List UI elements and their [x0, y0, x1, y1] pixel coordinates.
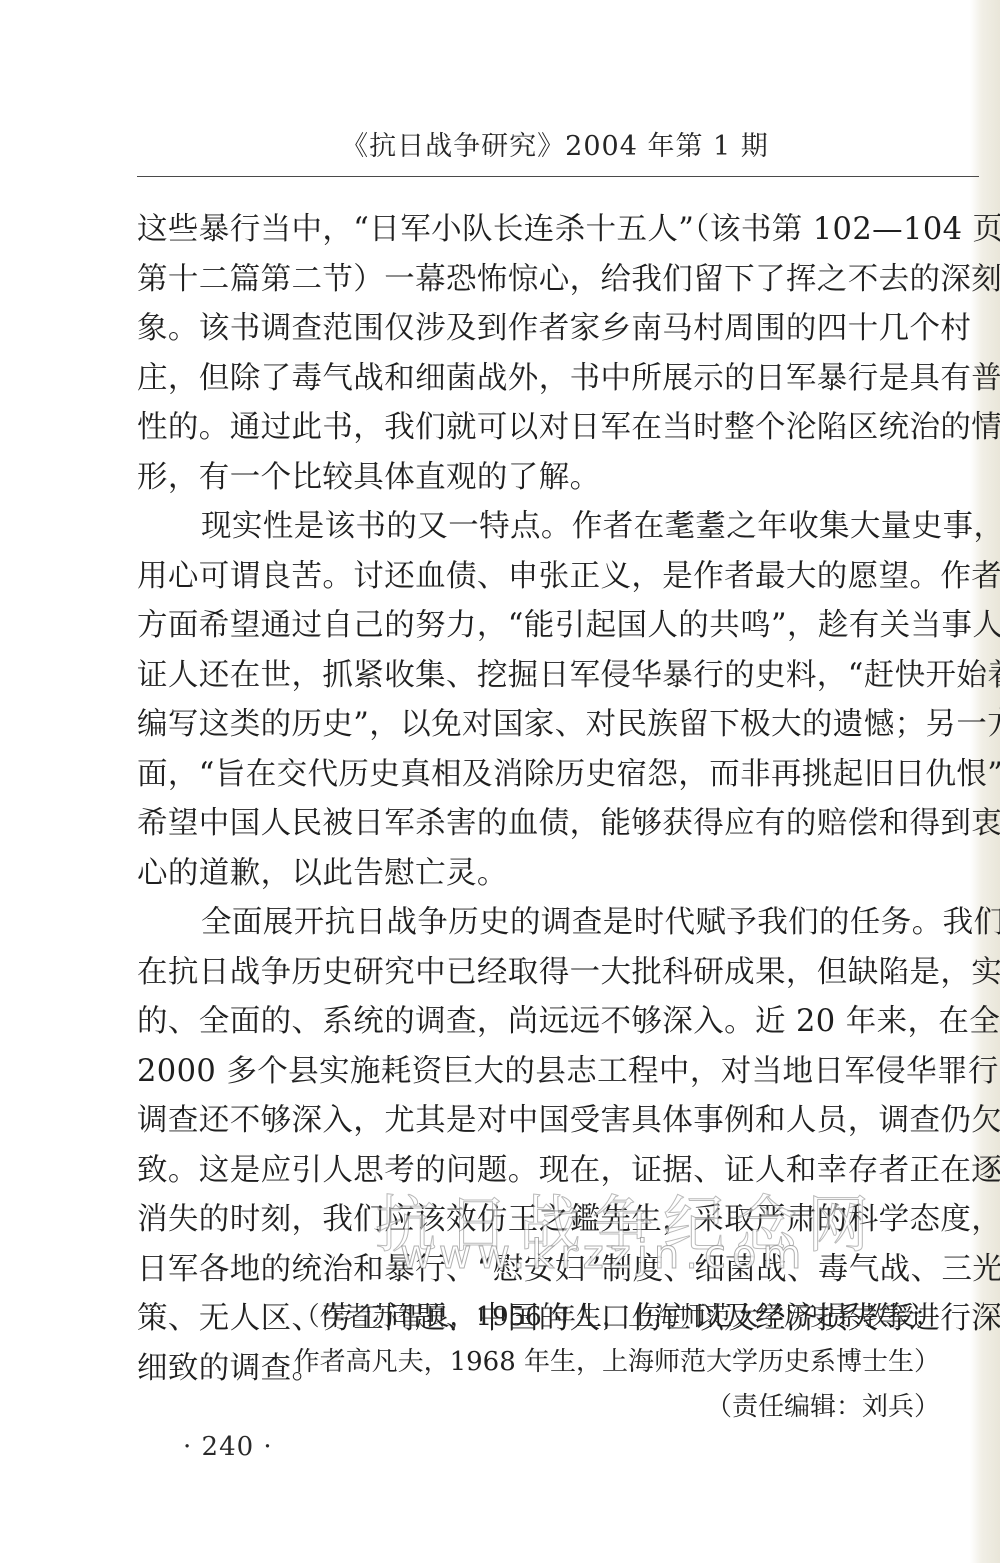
text-line: 这些暴行当中，“日军小队长连杀十五人”（该书第 102—104 页的 — [137, 205, 987, 255]
text-line: 的、全面的、系统的调查，尚远远不够深入。近 20 年来，在全国 — [137, 997, 987, 1047]
text-line: 调查还不够深入，尤其是对中国受害具体事例和人员，调查仍欠细 — [137, 1096, 987, 1146]
author-line-1: （作者苏智良，1956 年生，上海师范大学历史系教授； — [294, 1295, 940, 1340]
author-attribution: （作者苏智良，1956 年生，上海师范大学历史系教授； 作者高凡夫，1968 年… — [294, 1295, 940, 1430]
header-rule — [137, 176, 979, 177]
text-line: 编写这类的历史”，以免对国家、对民族留下极大的遗憾；另一方 — [137, 700, 987, 750]
article-body: 这些暴行当中，“日军小队长连杀十五人”（该书第 102—104 页的 第十二篇第… — [137, 205, 987, 1393]
text-line: 方面希望通过自己的努力，“能引起国人的共鸣”，趁有关当事人和 — [137, 601, 987, 651]
text-line: 致。这是应引人思考的问题。现在，证据、证人和幸存者正在逐渐 — [137, 1146, 987, 1196]
text-line: 第十二篇第二节）一幕恐怖惊心，给我们留下了挥之不去的深刻印 — [137, 255, 987, 305]
paragraph-2: 现实性是该书的又一特点。作者在耄耋之年收集大量史事， 用心可谓良苦。讨还血债、申… — [137, 502, 987, 898]
text-line: 日军各地的统治和暴行、“慰安妇”制度、细菌战、毒气战、三光政 — [137, 1245, 987, 1295]
text-line: 象。该书调查范围仅涉及到作者家乡南马村周围的四十几个村 — [137, 304, 987, 354]
text-line: 形，有一个比较具体直观的了解。 — [137, 453, 987, 503]
text-line: 证人还在世，抓紧收集、挖掘日军侵华暴行的史料，“赶快开始着手 — [137, 651, 987, 701]
text-line: 庄，但除了毒气战和细菌战外，书中所展示的日军暴行是具有普遍 — [137, 354, 987, 404]
text-line: 心的道歉，以此告慰亡灵。 — [137, 849, 987, 899]
text-line: 性的。通过此书，我们就可以对日军在当时整个沦陷区统治的情 — [137, 403, 987, 453]
text-line: 消失的时刻，我们应该效仿王之鑑先生，采取严肃的科学态度，对 — [137, 1195, 987, 1245]
text-line: 在抗日战争历史研究中已经取得一大批科研成果，但缺陷是，实证 — [137, 948, 987, 998]
running-header: 《抗日战争研究》2004 年第 1 期 — [135, 124, 975, 163]
text-line: 用心可谓良苦。讨还血债、申张正义，是作者最大的愿望。作者一 — [137, 552, 987, 602]
text-line: 面，“旨在交代历史真相及消除历史宿怨，而非再挑起旧日仇恨”， — [137, 750, 987, 800]
text-line: 现实性是该书的又一特点。作者在耄耋之年收集大量史事， — [137, 502, 987, 552]
text-line: 2000 多个县实施耗资巨大的县志工程中，对当地日军侵华罪行的 — [137, 1047, 987, 1097]
author-line-2: 作者高凡夫，1968 年生，上海师范大学历史系博士生） — [294, 1340, 940, 1385]
paragraph-1: 这些暴行当中，“日军小队长连杀十五人”（该书第 102—104 页的 第十二篇第… — [137, 205, 987, 502]
text-line: 全面展开抗日战争历史的调查是时代赋予我们的任务。我们 — [137, 898, 987, 948]
page-number: · 240 · — [183, 1432, 273, 1462]
editor-line: （责任编辑：刘兵） — [294, 1385, 940, 1430]
text-line: 希望中国人民被日军杀害的血债，能够获得应有的赔偿和得到衷 — [137, 799, 987, 849]
